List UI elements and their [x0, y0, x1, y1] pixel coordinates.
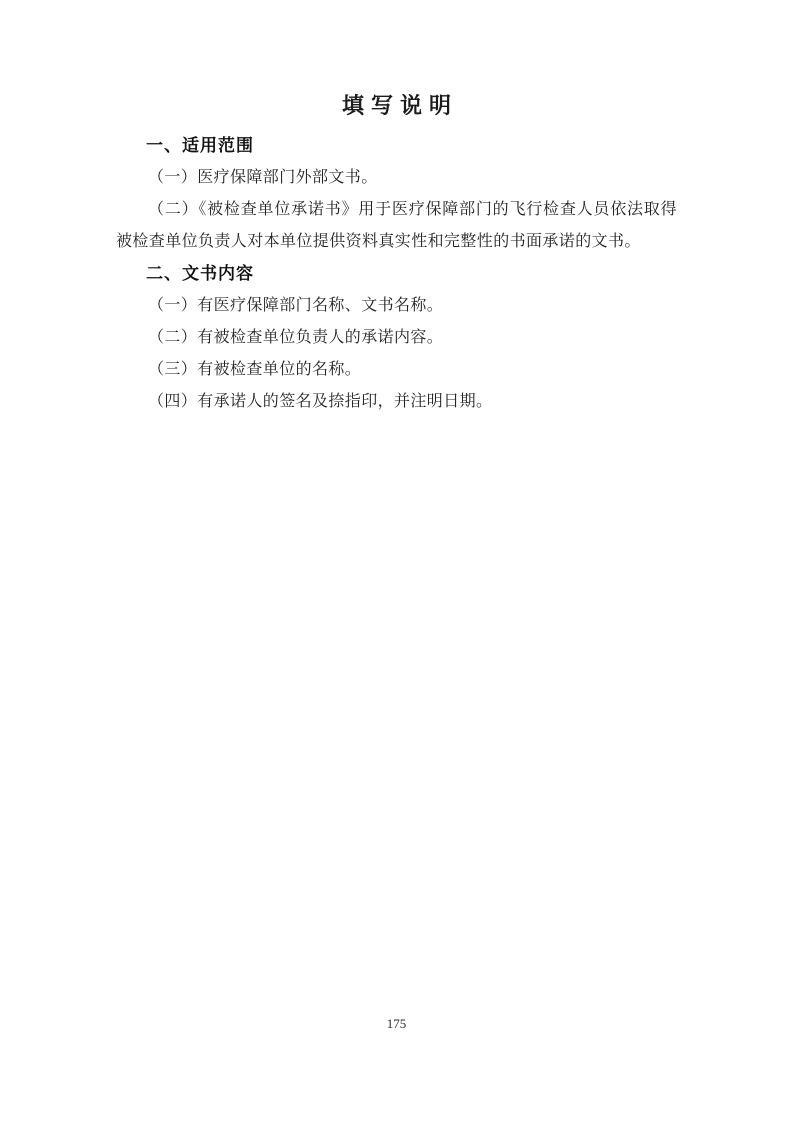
paragraph-scope-2: （二）《被检查单位承诺书》用于医疗保障部门的飞行检查人员依法取得被检查单位负责人… — [116, 194, 677, 258]
sections-container: 一、适用范围 （一）医疗保障部门外部文书。 （二）《被检查单位承诺书》用于医疗保… — [116, 130, 677, 418]
section-scope: 一、适用范围 （一）医疗保障部门外部文书。 （二）《被检查单位承诺书》用于医疗保… — [116, 130, 677, 258]
paragraph-content-2: （二）有被检查单位负责人的承诺内容。 — [116, 322, 677, 354]
document-content: 填写说明 一、适用范围 （一）医疗保障部门外部文书。 （二）《被检查单位承诺书》… — [116, 88, 677, 418]
section-heading-scope: 一、适用范围 — [116, 130, 677, 162]
page-number: 175 — [0, 1016, 793, 1032]
paragraph-content-3: （三）有被检查单位的名称。 — [116, 354, 677, 386]
section-document-content: 二、文书内容 （一）有医疗保障部门名称、文书名称。 （二）有被检查单位负责人的承… — [116, 258, 677, 418]
document-page: 填写说明 一、适用范围 （一）医疗保障部门外部文书。 （二）《被检查单位承诺书》… — [0, 0, 793, 1122]
paragraph-scope-1: （一）医疗保障部门外部文书。 — [116, 162, 677, 194]
paragraph-content-1: （一）有医疗保障部门名称、文书名称。 — [116, 290, 677, 322]
paragraph-content-4: （四）有承诺人的签名及捺指印，并注明日期。 — [116, 386, 677, 418]
page-title: 填写说明 — [116, 88, 677, 124]
section-heading-document-content: 二、文书内容 — [116, 258, 677, 290]
